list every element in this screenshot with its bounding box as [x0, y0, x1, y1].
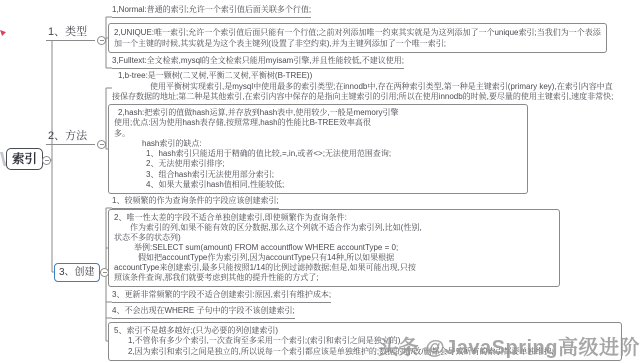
collapse-icon[interactable] — [100, 268, 109, 277]
topic-line: 1、hash索引只能适用于精确的值比较,=,in,或者<>;无法使用范围查询; — [114, 149, 522, 159]
collapse-icon[interactable] — [97, 36, 106, 45]
collapse-icon[interactable] — [42, 156, 51, 165]
topic-create-rule3[interactable]: 3、更新非常频繁的字段不适合创建索引:原因,索引有维护成本; — [112, 290, 331, 303]
topic-line: accountType来创建索引,最多只能按照1/14的比例过滤掉数据;但是,如… — [114, 263, 554, 273]
topic-line: 1,b-tree:是一颗树(二叉树,平衡二叉树,平衡树(B-TREE)) — [112, 71, 613, 82]
topic-line: 3、组合hash索引无法使用部分索引; — [114, 170, 522, 180]
topic-unique-index[interactable]: 2,UNIQUE:唯一索引;允许一个索引值后面只能有一个行值;之前对列添加唯一约… — [108, 23, 607, 53]
branch-method[interactable]: 2、方法 — [46, 130, 95, 145]
topic-line: 举例:SELECT sum(amount) FROM accountflow W… — [114, 243, 554, 253]
topic-normal-index[interactable]: 1,Normal:普通的索引;允许一个索引值后面关联多个行值; — [112, 5, 311, 18]
topic-line: 作为索引的列,如果不能有效的区分数据,那么这个列就不适合作为索引列,比如(性别, — [114, 223, 554, 233]
topic-line: 4、如果大量索引hash值相同,性能较低; — [114, 180, 522, 190]
topic-line: 2、唯一性太差的字段不适合单独创建索引,即使频繁作为查询条件: — [114, 213, 554, 223]
topic-create-rule2[interactable]: 2、唯一性太差的字段不适合单独创建索引,即使频繁作为查询条件: 作为索引的列,如… — [108, 209, 560, 287]
topic-create-rule1[interactable]: 1、较频繁的作为查询条件的字段应该创建索引; — [112, 196, 279, 209]
topic-line: 照该条件查询,那我们就要考虑到其他的提升性能的方式了; — [114, 273, 554, 283]
topic-line: 2,UNIQUE:唯一索引;允许一个索引值后面只能有一个行值;之前对列添加唯一约… — [114, 27, 601, 38]
topic-line: 使用平衡树实现索引,是mysql中使用最多的索引类型;在innodb中,存在两种… — [112, 82, 613, 93]
topic-line: 多。 — [114, 129, 522, 139]
topic-line: 使用;优点:因为使用hash表存储,按照常理,hash的性能比B-TREE效率高… — [114, 118, 522, 128]
topic-line: 加一个主键的时候,其实就是为这个表主键列(设置了非空约束),并为主键列添加了一个… — [114, 38, 601, 49]
topic-line: 2,hash:把索引的值做hash运算,并存放到hash表中,使用较少,一般是m… — [114, 108, 522, 118]
root-topic-index[interactable]: 索引 — [6, 148, 43, 170]
branch-create-selected[interactable]: 3、创建 — [54, 263, 100, 282]
topic-line: 接保存数据的地址;第二种是其他索引,在索引内容中保存的是指向主键索引的引用;所以… — [112, 92, 613, 103]
watermark-toutiao: 头条 @JavaSpring高级进阶 — [378, 331, 640, 360]
topic-hash[interactable]: 2,hash:把索引的值做hash运算,并存放到hash表中,使用较少,一般是m… — [108, 104, 528, 194]
topic-line: 状态不多的状态列) — [114, 233, 554, 243]
topic-btree[interactable]: 1,b-tree:是一颗树(二叉树,平衡二叉树,平衡树(B-TREE)) 使用平… — [112, 71, 613, 103]
topic-create-rule4[interactable]: 4、不会出现在WHERE 子句中的字段不该创建索引; — [112, 306, 295, 319]
collapse-icon[interactable] — [97, 140, 106, 149]
topic-line: 假如把accountType作为索引列,因为accountType只有14种,所… — [114, 253, 554, 263]
topic-fulltext-index[interactable]: 3,Fulltext:全文检索,mysql的全文检索只能用myisam引擎,并且… — [112, 56, 404, 69]
topic-line: hash索引的缺点: — [114, 139, 522, 149]
topic-line: 2、无法使用索引排序; — [114, 159, 522, 169]
mindmap-canvas: W 索引 1、类型 2、方法 3、创建 1,Normal:普通的索引;允许一个索… — [0, 0, 640, 363]
branch-type[interactable]: 1、类型 — [46, 26, 95, 41]
